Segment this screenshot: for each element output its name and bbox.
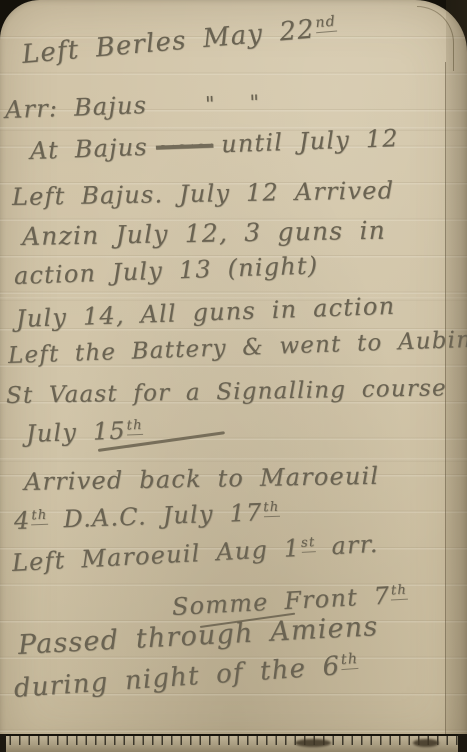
ruler-tick-marks	[0, 736, 467, 745]
ruler-smudge	[295, 739, 331, 747]
handwritten-line: July 15th	[26, 416, 144, 448]
ruler-strip	[0, 734, 467, 752]
ruler-smudge	[413, 739, 439, 747]
ditto-mark: "	[249, 90, 260, 114]
page-edge-shadow	[446, 0, 467, 736]
line-text: At Bajus	[30, 133, 149, 165]
horizontal-crease	[0, 458, 467, 462]
ordinal-superscript: th	[126, 418, 143, 436]
ordinal-superscript: th	[340, 651, 359, 670]
line-text: arr.	[315, 530, 379, 561]
ordinal-superscript: th	[263, 500, 280, 518]
line-text: 4	[14, 506, 31, 535]
ordinal-superscript: th	[390, 583, 407, 601]
ordinal-superscript: th	[31, 508, 48, 526]
ordinal-superscript: st	[301, 535, 316, 553]
scanned-diary-page: Left Berles May 22nd Arr: Bajus"" At Baj…	[0, 0, 467, 752]
ruler-end	[458, 734, 467, 752]
ditto-mark: "	[205, 92, 216, 116]
ruler-end	[0, 734, 6, 752]
scribbled-out-word: ~~~	[155, 131, 213, 161]
ordinal-superscript: nd	[315, 14, 337, 34]
line-text: July 15	[26, 417, 127, 448]
line-text: Arr: Bajus	[5, 91, 148, 124]
